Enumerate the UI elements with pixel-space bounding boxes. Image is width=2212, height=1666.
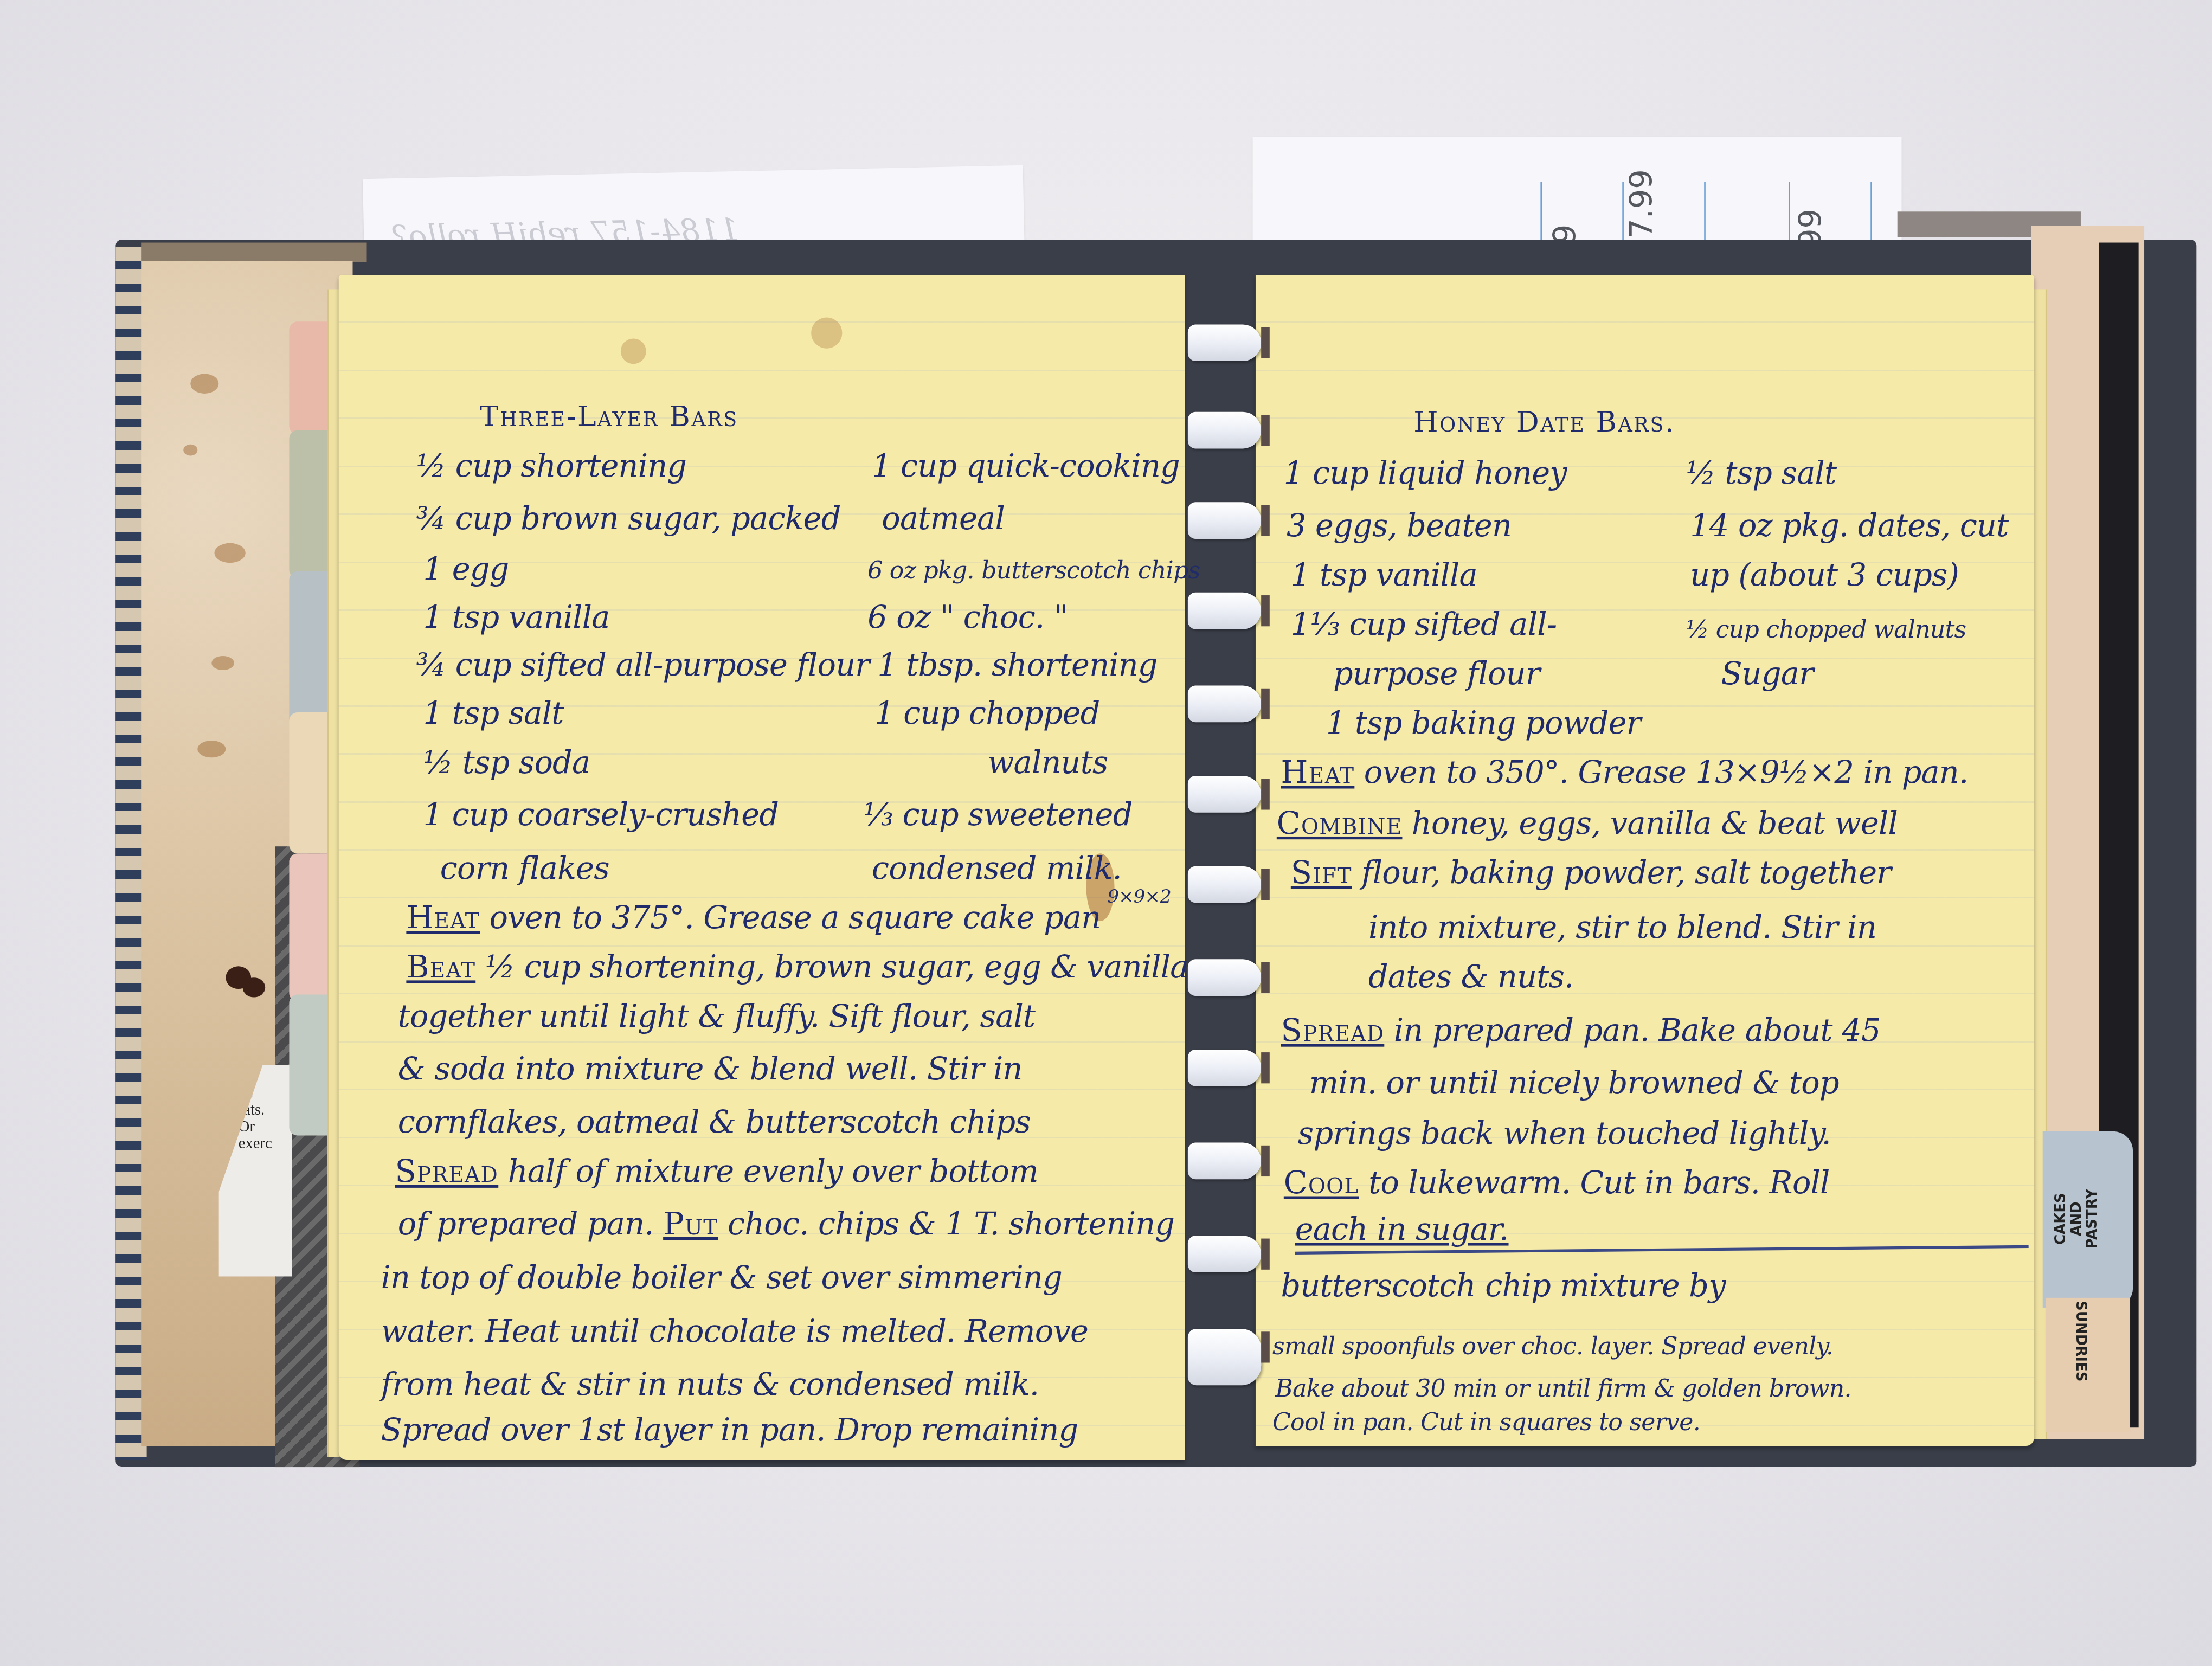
ingredient: ½ cup chopped walnuts	[1686, 614, 1966, 647]
recipe-title: Three-Layer Bars	[480, 399, 738, 433]
spiral-ring	[1188, 593, 1261, 629]
spiral-ring	[1188, 1143, 1261, 1180]
spiral-ring	[1188, 1329, 1261, 1385]
direction-line: springs back when touched lightly.	[1298, 1118, 1831, 1152]
ingredient: ½ tsp soda	[423, 748, 590, 781]
cover-top-edge-left	[141, 243, 366, 262]
spiral-ring	[1188, 412, 1261, 449]
ingredient: 1 egg	[423, 555, 509, 588]
ingredient: 1 cup chopped	[874, 698, 1099, 732]
spiral-ring	[1188, 324, 1261, 361]
spiral-ring	[1188, 776, 1261, 813]
direction-line: Combine honey, eggs, vanilla & beat well	[1277, 808, 1898, 842]
direction-line: Spread over 1st layer in pan. Drop remai…	[381, 1415, 1078, 1449]
spiral-ring	[1188, 959, 1261, 996]
recipe-page-right: Honey Date Bars. 1 cup liquid honey 3 eg…	[1256, 275, 2034, 1446]
direction-line: Spread in prepared pan. Bake about 45	[1281, 1015, 1881, 1049]
direction-line: into mixture, stir to blend. Stir in	[1368, 912, 1876, 946]
continuation-line: Cool in pan. Cut in squares to serve.	[1272, 1406, 1700, 1440]
spiral-ring	[1188, 1236, 1261, 1272]
ingredient: ½ tsp salt	[1686, 459, 1836, 492]
direction-line: cornflakes, oatmeal & butterscotch chips	[398, 1108, 1031, 1141]
ingredient: up (about 3 cups)	[1690, 560, 1959, 594]
ingredient: Sugar	[1721, 659, 1813, 692]
recipe-page-left: Three-Layer Bars ½ cup shortening ¾ cup …	[338, 275, 1185, 1460]
direction-line: Spread half of mixture evenly over botto…	[395, 1157, 1038, 1191]
ingredient: 14 oz pkg. dates, cut	[1690, 511, 2008, 544]
tab-cakes-and-pastry[interactable]: CAKES AND PASTRY	[2043, 1131, 2133, 1308]
continuation-line: butterscotch chip mixture by	[1281, 1271, 1726, 1304]
ingredient: corn flakes	[440, 853, 609, 887]
spiral-ring	[1188, 1050, 1261, 1086]
ingredient: 1 tsp vanilla	[1291, 560, 1477, 594]
direction-line: Cool to lukewarm. Cut in bars. Roll	[1284, 1168, 1830, 1201]
continuation-line: small spoonfuls over choc. layer. Spread…	[1272, 1330, 1833, 1364]
direction-line: dates & nuts.	[1368, 962, 1574, 996]
tab-sundries[interactable]: SUNDRIES	[2046, 1298, 2130, 1432]
spiral-ring	[1188, 866, 1261, 903]
direction-line: min. or until nicely browned & top	[1309, 1068, 1839, 1102]
direction-line: together until light & fluffy. Sift flou…	[398, 1001, 1036, 1035]
photo-stage: 1184-157 rebiH rollo? 99 $17.99 7.99 an …	[0, 0, 2212, 1665]
ingredient: 6 oz pkg. butterscotch chips	[867, 555, 1200, 588]
continuation-line: Bake about 30 min or until firm & golden…	[1275, 1373, 1851, 1406]
ingredient: condensed milk.	[872, 853, 1122, 887]
ingredient: 1 tsp salt	[423, 698, 564, 732]
direction-line: from heat & stir in nuts & condensed mil…	[381, 1370, 1039, 1404]
ingredient: 6 oz " choc. "	[867, 602, 1068, 636]
direction-line: water. Heat until chocolate is melted. R…	[381, 1316, 1089, 1350]
direction-line: Beat ½ cup shortening, brown sugar, egg …	[406, 952, 1188, 986]
ingredient: ¾ cup brown sugar, packed	[416, 504, 841, 537]
spiral-ring	[1188, 686, 1261, 723]
ingredient: ¾ cup sifted all-purpose flour	[416, 651, 870, 684]
ingredient: purpose flour	[1333, 659, 1540, 692]
ingredient: 1 cup liquid honey	[1284, 459, 1567, 492]
direction-line: of prepared pan. Put choc. chips & 1 T. …	[398, 1209, 1174, 1243]
direction-line: each in sugar.	[1295, 1214, 1509, 1248]
spiral-ring	[1188, 502, 1261, 539]
ingredient: oatmeal	[882, 504, 1005, 537]
direction-line: Heat oven to 375°. Grease a square cake …	[406, 903, 1101, 936]
ingredient: ⅓ cup sweetened	[863, 800, 1132, 833]
direction-line: & soda into mixture & blend well. Stir i…	[398, 1054, 1023, 1088]
ingredient: 1 tbsp. shortening	[877, 651, 1157, 684]
direction-line: Sift flour, baking powder, salt together	[1291, 858, 1891, 891]
direction-line: in top of double boiler & set over simme…	[381, 1263, 1063, 1296]
direction-line: Heat oven to 350°. Grease 13×9½×2 in pan…	[1281, 757, 1969, 791]
ingredient: 1⅓ cup sifted all-	[1291, 609, 1557, 643]
ingredient: 1 tsp vanilla	[423, 602, 610, 636]
ingredient: ½ cup shortening	[416, 452, 687, 485]
ingredient: 3 eggs, beaten	[1287, 511, 1512, 544]
ingredient: walnuts	[987, 748, 1108, 781]
pan-size-note: 9×9×2	[1108, 882, 1171, 915]
ingredient: 1 cup quick-cooking	[872, 452, 1180, 485]
ingredient: 1 cup coarsely-crushed	[423, 800, 779, 833]
recipe-title: Honey Date Bars.	[1413, 405, 1675, 439]
ingredient: 1 tsp baking powder	[1326, 708, 1641, 742]
